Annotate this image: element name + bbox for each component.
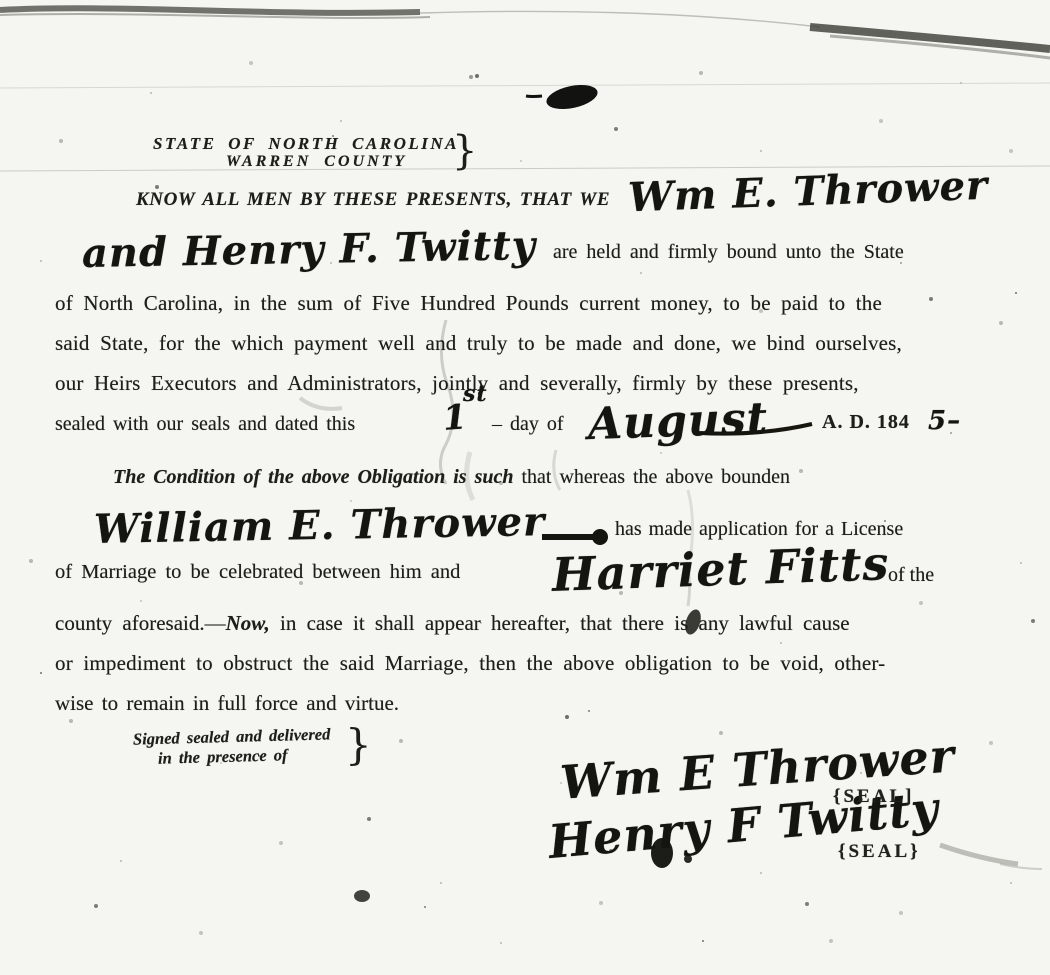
county-line-rest: in case it shall appear hereafter, that … xyxy=(270,611,850,635)
surety-name-handwritten: and Henry F. Twitty xyxy=(82,222,537,277)
month-handwritten: August xyxy=(587,393,769,450)
condition-lead-line: The Condition of the above Obligation is… xyxy=(113,466,790,489)
year-digit-handwritten: 5– xyxy=(928,406,961,436)
bond-line-payment: said State, for the which payment well a… xyxy=(55,331,902,356)
header-county-line: WARREN COUNTY xyxy=(226,153,407,171)
paper-speckles-dark xyxy=(0,0,2,2)
year-printed: A. D. 184 xyxy=(822,411,910,434)
county-line: county aforesaid.—Now, in case it shall … xyxy=(55,611,850,636)
attestation-brace: } xyxy=(345,720,372,769)
of-the-clause: of the xyxy=(888,564,934,587)
virtue-line: wise to remain in full force and virtue. xyxy=(55,691,399,716)
condition-lead-rest: that whereas the above bounden xyxy=(513,466,790,488)
attestation-line2: in the presence of xyxy=(158,745,288,768)
county-line-now: Now, xyxy=(226,611,270,635)
seal-principal: {SEAL] xyxy=(833,786,914,808)
bond-line-sum: of North Carolina, in the sum of Five Hu… xyxy=(55,291,882,316)
dash-day-of: – day of xyxy=(492,413,564,436)
bond-line-heirs: our Heirs Executors and Administrators, … xyxy=(55,371,859,396)
marriage-bond-scan: STATE OF NORTH CAROLINA WARREN COUNTY } … xyxy=(0,0,1050,975)
header-state-line: STATE OF NORTH CAROLINA xyxy=(153,134,459,154)
seal-surety: {SEAL} xyxy=(838,841,921,863)
day-suffix-handwritten: st xyxy=(463,381,488,407)
county-line-pre: county aforesaid.— xyxy=(55,611,226,635)
impediment-line: or impediment to obstruct the said Marri… xyxy=(55,651,885,676)
bond-line-bound: are held and firmly bound unto the State xyxy=(553,241,904,264)
principal-name-handwritten: Wm E. Thrower xyxy=(627,162,988,222)
condition-lead-italic: The Condition of the above Obligation is… xyxy=(113,466,513,488)
bond-line-sealed: sealed with our seals and dated this xyxy=(55,413,355,436)
bride-name-handwritten: Harriet Fitts xyxy=(551,536,890,602)
groom-name-handwritten: William E. Thrower xyxy=(94,498,546,553)
opening-clause: KNOW ALL MEN BY THESE PRESENTS, THAT WE xyxy=(136,189,610,211)
marriage-clause: of Marriage to be celebrated between him… xyxy=(55,561,460,584)
header-brace: } xyxy=(452,128,477,174)
